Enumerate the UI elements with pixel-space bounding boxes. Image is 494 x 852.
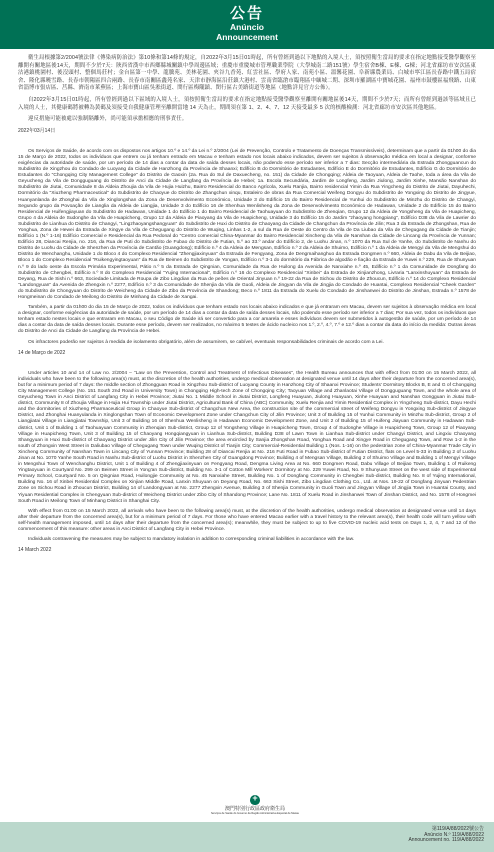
- english-paragraph-3: Individuals contravening the measures ma…: [18, 537, 476, 543]
- logo-name-portuguese: Serviços de Saúde do Governo da Região A…: [170, 812, 340, 815]
- portuguese-section: Os Serviços de Saúde, de acordo com os d…: [18, 149, 476, 357]
- chinese-section: 衛生局根據第2/2004號法律《傳染病防治法》第10條和第14條的規定，自202…: [18, 55, 476, 135]
- announcement-body: 衛生局根據第2/2004號法律《傳染病防治法》第10條和第14條的規定，自202…: [18, 55, 476, 568]
- english-section: Under articles 10 and 14 of Law no. 2/20…: [18, 371, 476, 555]
- announcement-reference-numbers: 第119/A/88/2022號公告 Anúncio N.º 119/A/88/2…: [408, 827, 484, 844]
- announcement-header: 公告 Anúncio Announcement: [0, 0, 494, 49]
- health-bureau-logo: 澳門特別行政區政府衛生局 Serviços de Saúde do Govern…: [170, 795, 340, 815]
- chinese-paragraph-2: 自2022年3月15日01時起，所有曾經到過以下區域的入境人士，須按照衛生當局的…: [18, 97, 476, 112]
- portuguese-paragraph-1: Os Serviços de Saúde, de acordo com os d…: [18, 149, 476, 301]
- chinese-paragraph-3: 違反措施可能被處以強制隔離外，尚可能須承擔相應的刑事責任。: [18, 116, 476, 124]
- chinese-date: 2022年03月14日: [18, 128, 476, 135]
- portuguese-paragraph-2: Também, a partir da 01h00 do dia 15 de M…: [18, 305, 476, 335]
- health-bureau-emblem-icon: [250, 795, 260, 805]
- english-paragraph-2: With effect from 01:00 on 15 March 2022,…: [18, 509, 476, 533]
- chinese-paragraph-1: 衛生局根據第2/2004號法律《傳染病防治法》第10條和第14條的規定，自202…: [18, 55, 476, 93]
- title-chinese: 公告: [0, 0, 494, 22]
- english-paragraph-1: Under articles 10 and 14 of Law no. 2/20…: [18, 371, 476, 505]
- portuguese-paragraph-3: Os infractores poderão ser sujeitos à me…: [18, 340, 476, 346]
- reference-english: Announcement no. 119/A/88/2022: [408, 838, 484, 844]
- announcement-footer: 第119/A/88/2022號公告 Anúncio N.º 119/A/88/2…: [0, 822, 494, 852]
- english-date: 14 March 2022: [18, 547, 476, 554]
- title-english: Announcement: [0, 32, 494, 42]
- portuguese-date: 14 de Março de 2022: [18, 350, 476, 357]
- title-portuguese: Anúncio: [0, 22, 494, 32]
